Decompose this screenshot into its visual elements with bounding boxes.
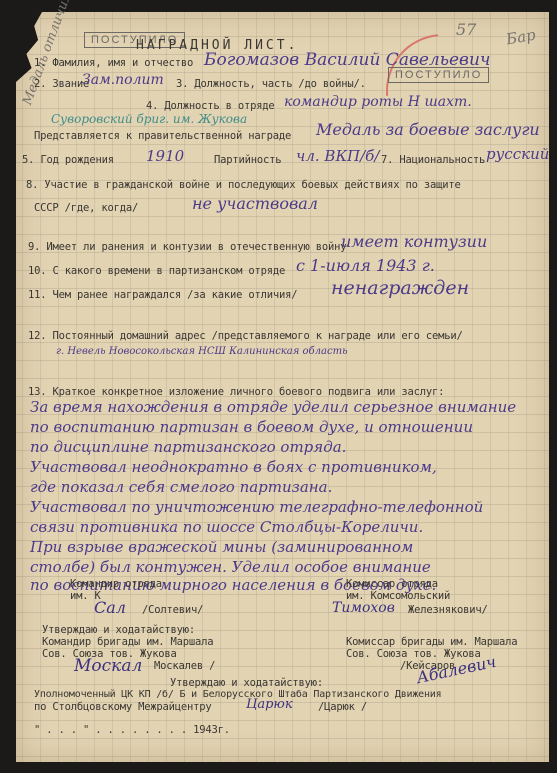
field-label-award: Представляется к правительственной награ…: [34, 130, 291, 142]
commissar-signature: Тимохов: [332, 600, 395, 616]
commissar-title: Комиссар отряда: [346, 578, 438, 590]
field-value-address: г. Невель Новосокольская НСШ Калининская…: [56, 346, 348, 357]
field-value-name: Богомазов Василий Савельевич: [204, 50, 490, 70]
field-label-rank: 2. Звание: [34, 78, 89, 90]
field-value-since: с 1-июля 1943 г.: [296, 256, 435, 275]
final-approve-heading: Утверждаю и ходатайствую:: [170, 677, 323, 689]
section13-label: 13. Краткое конкретное изложение личного…: [28, 386, 444, 398]
field-value-previous-awards: ненагражден: [331, 277, 469, 299]
field-label-since: 10. С какого времени в партизанском отря…: [28, 265, 285, 277]
field-value-unit-position-line2: Суворовский бриг. им. Жукова: [51, 112, 247, 126]
plenipotentiary-title-line2: по Столбцовскому Межрайцентру: [34, 701, 212, 713]
merit-line: Участвовал по уничтожению телеграфно-тел…: [30, 498, 483, 516]
field-value-rank: Зам.полит: [82, 72, 164, 88]
brigade-commissar-title: Комиссар бригады им. Маршала: [346, 636, 517, 648]
field-label-birth-year: 5. Год рождения: [22, 154, 114, 166]
document-date: " . . . " . . . . . . . . 1943г.: [34, 724, 230, 736]
merit-line: по дисциплине партизанского отряда.: [30, 438, 346, 456]
merit-line: Участвовал неоднократно в боях с противн…: [30, 458, 437, 476]
merit-line: За время нахождения в отряде уделил серь…: [30, 398, 516, 416]
plenipotentiary-name: /Царюк /: [318, 701, 367, 713]
pencil-number: 57: [456, 20, 476, 39]
field-label-name: 1. Фамилия, имя и отчество: [34, 57, 193, 69]
commander-title: Командир отряда: [70, 578, 162, 590]
merit-line: по воспитанию партизан в боевом духе, и …: [30, 418, 473, 436]
plenipotentiary-title: Уполномоченный ЦК КП /б/ Б и Белорусског…: [34, 689, 441, 700]
merit-line: где показал себя смелого партизана.: [30, 478, 332, 496]
field-label-party: Партийность: [214, 154, 281, 166]
field-label-previous-awards: 11. Чем ранее награждался /за какие отли…: [28, 289, 297, 301]
field-label-civil-war: 8. Участие в гражданской войне и последу…: [26, 179, 461, 191]
commissar-name: Железнякович/: [408, 604, 488, 616]
brigade-commander-name: Москалев /: [154, 660, 215, 672]
field-label-unit-position: 4. Должность в отряде: [146, 100, 275, 112]
pencil-note: Бар: [505, 26, 537, 49]
field-value-nationality: русский: [486, 145, 549, 163]
commander-name: /Солтевич/: [142, 604, 203, 616]
field-value-award: Медаль за боевые заслуги: [316, 120, 540, 139]
field-value-party: чл. ВКП/б/: [296, 147, 379, 165]
field-value-wounds: имеет контузии: [341, 232, 487, 251]
field-label-wounds: 9. Имеет ли ранения и контузии в отечест…: [28, 241, 346, 253]
field-label-civil-war-line2: СССР /где, когда/: [34, 202, 138, 214]
commander-signature: Сал: [94, 598, 126, 617]
merit-line: При взрыве вражеской мины (заминированно…: [30, 538, 413, 556]
field-value-civil-war: не участвовал: [192, 194, 318, 213]
field-label-prewar-position: 3. Должность, часть /до войны/.: [176, 78, 366, 90]
field-label-nationality: 7. Национальность: [381, 154, 485, 166]
merit-line: столбе) был контужен. Уделил особое вним…: [30, 558, 431, 576]
field-value-birth-year: 1910: [146, 147, 184, 165]
approve-heading: Утверждаю и ходатайствую:: [42, 624, 195, 636]
field-label-address: 12. Постоянный домашний адрес /представл…: [28, 330, 463, 342]
brigade-commander-signature: Москал: [74, 656, 142, 676]
brigade-commander-title: Командир бригады им. Маршала: [42, 636, 213, 648]
award-sheet: ПОСТУПИЛО ПОСТУПИЛО 57 Бар Медаль отличи…: [16, 12, 549, 762]
field-value-unit-position: командир роты Н шахт.: [284, 94, 472, 110]
merit-line: связи противника по шоссе Столбцы-Корели…: [30, 518, 423, 536]
plenipotentiary-signature: Царюк: [246, 697, 293, 712]
